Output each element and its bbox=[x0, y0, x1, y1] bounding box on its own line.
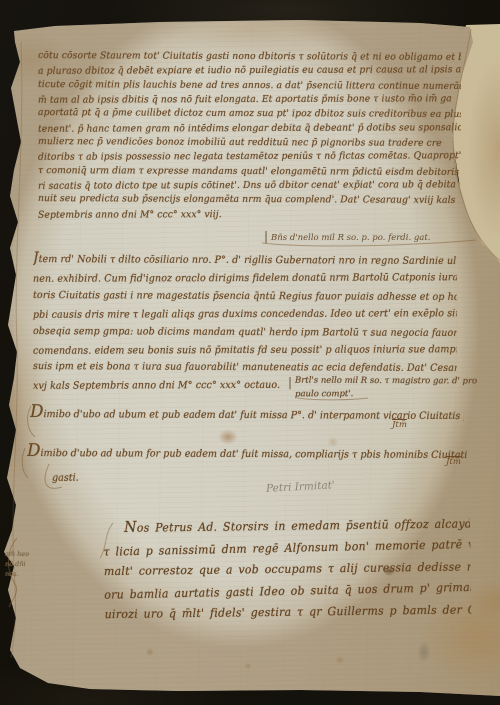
manuscript-line: toris Ciuitatis gasti i nre magestatis p… bbox=[33, 287, 457, 307]
manuscript-line: aportatā pt q̄ a p̄me cuilibet dictoz cu… bbox=[38, 106, 461, 122]
notary-bracket-icon: | bbox=[288, 375, 292, 389]
paragraph-1: cōtu cōsorte Staurem tot' Ciuitatis gast… bbox=[38, 50, 461, 242]
registry-entry-2: Dimibo d'ubo ad ubum for pub eadem dat' … bbox=[27, 441, 467, 493]
paragraph-3: Nos Petrus Ad. Storsirs in emedam p̄sent… bbox=[103, 512, 472, 636]
manuscript-line: uirozi uro q̄ m̄lt' fidels' gestira τ qr… bbox=[105, 600, 472, 626]
manuscript-line: nō dñi bbox=[5, 560, 47, 570]
margin-note: am̄ heonō dñinos. bbox=[5, 550, 47, 579]
manuscript-line: Jtem rd' Nobili τ dilto cōsiliario nro. … bbox=[33, 251, 457, 271]
manuscript-line: Dimibo d'ubo ad ubum for pub eadem dat' … bbox=[27, 441, 467, 467]
item-mark: Jtm̄ bbox=[392, 420, 407, 430]
manuscript-line: a pluraso dbitoz q̄ debēt expiare et iud… bbox=[38, 64, 461, 80]
notary-lines: Brtl's nello mil R so. τ magistro gar. d… bbox=[295, 375, 477, 401]
manuscript-line: Brtl's nello mil R so. τ magistro gar. d… bbox=[295, 375, 477, 389]
manuscript-line: Septembris anno dni M° ccc° xxx° viij. bbox=[38, 207, 461, 223]
manuscript-line: ditoribs τ ab ipsis possessio nec legata… bbox=[38, 150, 461, 166]
notary-bracket-icon: | bbox=[264, 229, 268, 243]
folio-mark: –· bbox=[458, 25, 466, 33]
notary-text: Bñs d'nello mil R so. p. po. ferdi. gat. bbox=[271, 233, 430, 243]
manuscript-line: gasti. bbox=[52, 466, 467, 490]
manuscript-line: comendans. eidem seu bonis suis nō p̄mit… bbox=[33, 341, 457, 360]
manuscript-line: pbi causis dris mire τ legali aliqs gras… bbox=[33, 305, 457, 324]
manuscript-line: am̄ heo bbox=[5, 550, 47, 560]
manuscript-line: nen. exhibird. Cum fid'ignoz oraclo diri… bbox=[33, 269, 457, 288]
manuscript-line: paulo compt'. bbox=[295, 387, 477, 400]
manuscript-line: obseqia semp gmpa: uob dicims mandam qua… bbox=[33, 323, 457, 343]
photo-background: –· cōtu cōsorte Staurem tot' Ciuitatis g… bbox=[0, 0, 500, 705]
notarial-subscription-1: |Bñs d'nello mil R so. p. po. ferdi. gat… bbox=[264, 229, 478, 243]
item-mark: Jtm̄ bbox=[446, 457, 461, 467]
notarial-subscription-2: |Brtl's nello mil R so. τ magistro gar. … bbox=[288, 375, 486, 401]
manuscript-line: nos. bbox=[5, 570, 47, 580]
manuscript-line: nuit seu predicta sub p̄sencijs elongamē… bbox=[38, 192, 461, 208]
